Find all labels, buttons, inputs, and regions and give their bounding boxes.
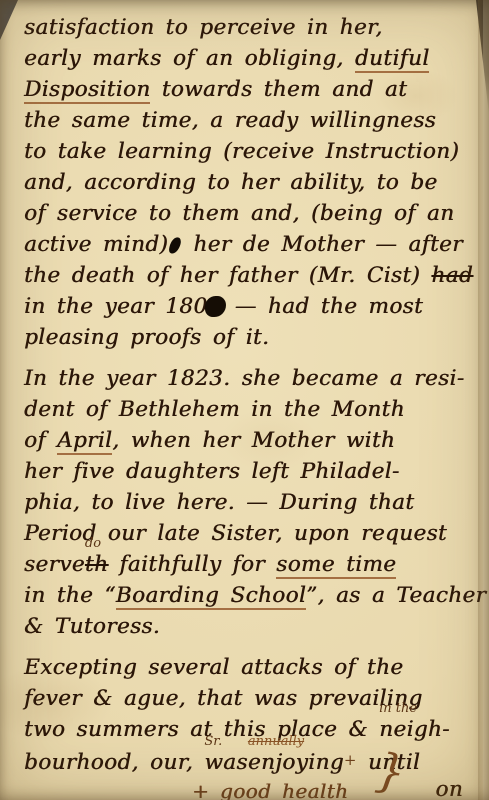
text-segment: In the year 1823. she became a resi- — [24, 366, 464, 391]
text-segment: and, according to her ability, to be — [24, 170, 438, 195]
manuscript-line: Disposition towards them and at — [24, 74, 485, 105]
brace-mark: } — [374, 754, 408, 789]
manuscript-line: + good health}on — [24, 776, 485, 800]
text-segment: to take learning (receive Instruction) — [24, 139, 459, 164]
ink-blot-icon — [168, 236, 182, 255]
text-segment: enjoying — [248, 750, 344, 775]
text-with-insertion: doth — [85, 549, 108, 580]
manuscript-line: of service to them and, (being of an — [24, 198, 485, 229]
text-segment: for — [233, 552, 277, 577]
underlined-text: some time — [276, 552, 396, 579]
text-segment: towards them and at — [150, 77, 407, 102]
manuscript-line: early marks of an obliging, dutiful — [24, 43, 485, 74]
text-segment: dent of Bethlehem in the Month — [24, 397, 405, 422]
text-segment: Excepting several attacks of the — [24, 655, 403, 680]
text-with-insertion: in theneigh- — [379, 714, 450, 745]
manuscript-line: of April, when her Mother with — [24, 425, 485, 456]
inserted-word: annually — [248, 735, 304, 748]
manuscript-line: & Tutoress. — [24, 611, 485, 642]
text-segment: + — [344, 751, 357, 769]
text-segment: early marks of an obliging, — [24, 46, 355, 71]
text-segment: neigh- — [379, 717, 450, 742]
manuscript-text: satisfaction to perceive in her,early ma… — [24, 12, 485, 800]
text-segment: her five daughters left Philadel- — [24, 459, 400, 484]
manuscript-line: bourhood, our, Sr.was annuallyenjoying+ … — [24, 745, 485, 776]
blotted-text: 5 — [208, 294, 222, 319]
manuscript-line: dent of Bethlehem in the Month — [24, 394, 485, 425]
text-segment: of service to them and, (being of an — [24, 201, 454, 226]
manuscript-line: In the year 1823. she became a resi- — [24, 363, 485, 394]
text-segment: & Tutoress. — [24, 614, 160, 639]
manuscript-line: servedoth faithfully for some time — [24, 549, 485, 580]
manuscript-line: and, according to her ability, to be — [24, 167, 485, 198]
manuscript-page: satisfaction to perceive in her,early ma… — [0, 0, 489, 800]
manuscript-line: satisfaction to perceive in her, — [24, 12, 485, 43]
text-segment: two summers at this place & — [24, 717, 379, 742]
text-segment: bourhood, our, — [24, 750, 204, 775]
text-segment: the same time, a ready willingness — [24, 108, 436, 133]
text-with-insertion: annuallyenjoying — [248, 747, 344, 778]
text-segment: , when her Mother with — [112, 428, 395, 453]
text-segment: serve — [24, 552, 85, 577]
text-segment: of — [24, 428, 57, 453]
text-segment: the death of her father (Mr. Cist) — [24, 263, 431, 288]
struck-text: th — [85, 552, 108, 577]
underlined-text: April — [57, 428, 112, 455]
underlined-text: Boarding School — [116, 583, 306, 610]
catchword: on — [435, 774, 463, 800]
manuscript-line: active mind) her de Mother — after — [24, 229, 485, 260]
inserted-word: do — [85, 537, 101, 550]
text-segment: active mind) — [24, 232, 168, 257]
struck-text: had — [431, 263, 473, 288]
manuscript-line: phia, to live here. — During that — [24, 487, 485, 518]
text-segment: satisfaction to perceive in her, — [24, 15, 383, 40]
inserted-phrase: + good health — [192, 779, 348, 800]
manuscript-line: in the “Boarding School”, as a Teacher — [24, 580, 485, 611]
text-segment: phia, to live here. — During that — [24, 490, 414, 515]
text-segment: in the “ — [24, 583, 116, 608]
text-segment: pleasing proofs of it. — [24, 325, 269, 350]
underlined-text: dutiful — [355, 46, 430, 73]
text-segment: — had the most — [224, 294, 423, 319]
text-segment: in the year 180 — [24, 294, 207, 319]
text-segment: her de Mother — after — [182, 232, 463, 257]
manuscript-line: her five daughters left Philadel- — [24, 456, 485, 487]
text-segment: faithfully — [108, 552, 232, 577]
manuscript-line: pleasing proofs of it. — [24, 322, 485, 353]
manuscript-line: in the year 1805 — had the most — [24, 291, 485, 322]
inserted-word: in the — [379, 702, 417, 715]
text-segment: fever & ague, that was prevailing — [24, 686, 423, 711]
text-with-insertion: Sr.was — [204, 747, 247, 778]
inserted-word: Sr. — [204, 735, 222, 748]
manuscript-line: Excepting several attacks of the — [24, 652, 485, 683]
manuscript-line: to take learning (receive Instruction) — [24, 136, 485, 167]
underlined-text: Disposition — [24, 77, 150, 104]
text-segment: was — [204, 750, 247, 775]
text-segment: ”, as a Teacher — [306, 583, 486, 608]
manuscript-line: the same time, a ready willingness — [24, 105, 485, 136]
page-corner-shadow-top-left — [0, 0, 18, 40]
manuscript-line: the death of her father (Mr. Cist) had — [24, 260, 485, 291]
